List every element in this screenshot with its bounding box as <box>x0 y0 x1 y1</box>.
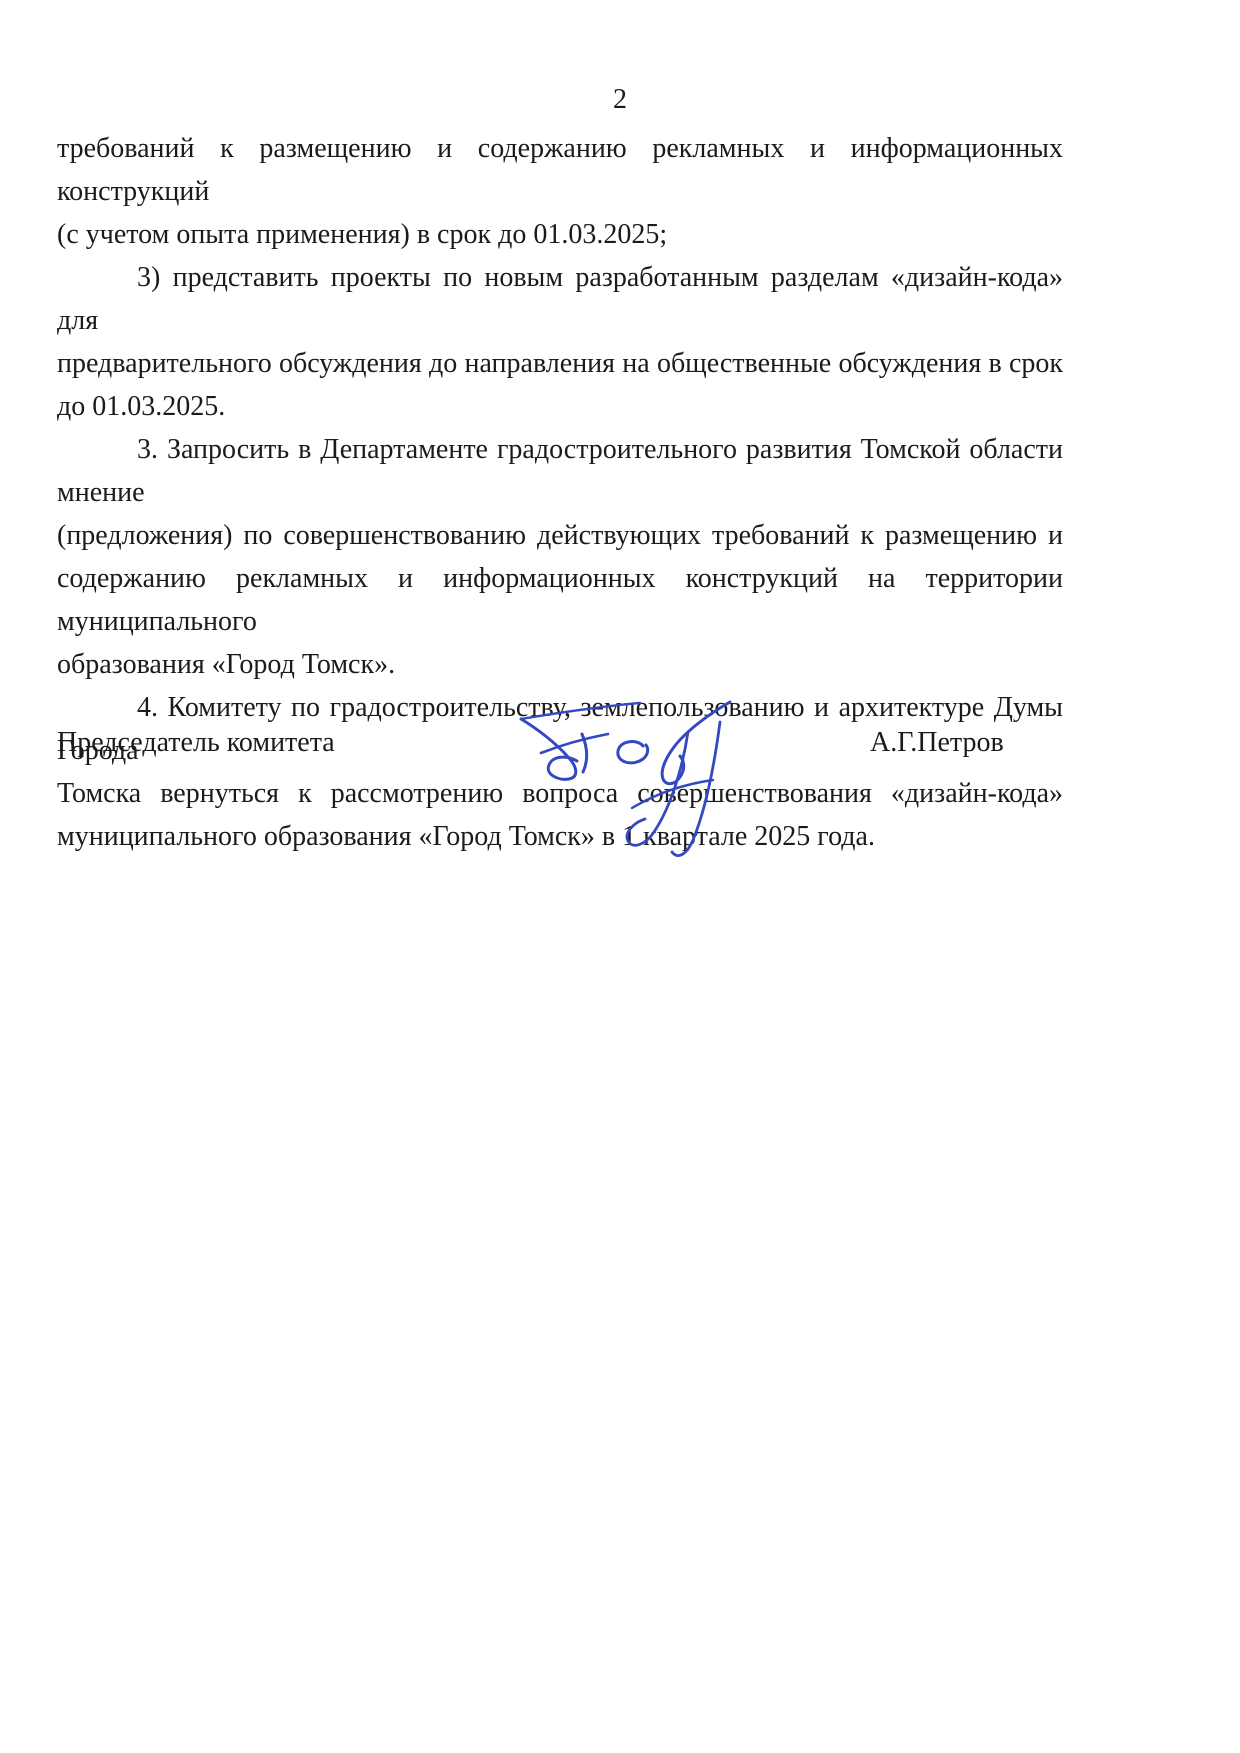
text-line: до 01.03.2025. <box>57 385 1063 428</box>
text-line: (с учетом опыта применения) в срок до 01… <box>57 213 1063 256</box>
text-line: предварительного обсуждения до направлен… <box>57 342 1063 385</box>
text-line: 3) представить проекты по новым разработ… <box>57 256 1063 342</box>
text-line: требований к размещению и содержанию рек… <box>57 127 1063 213</box>
page-number: 2 <box>0 84 1240 116</box>
text-line: содержанию рекламных и информационных ко… <box>57 557 1063 643</box>
document-page: 2 требований к размещению и содержанию р… <box>0 0 1240 1753</box>
text-line: 3. Запросить в Департаменте градостроите… <box>57 428 1063 514</box>
signer-name: А.Г.Петров <box>870 726 1004 760</box>
handwritten-signature-icon <box>482 688 744 870</box>
text-line: (предложения) по совершенствованию дейст… <box>57 514 1063 557</box>
signer-position-label: Председатель комитета <box>57 726 335 760</box>
text-line: образования «Город Томск». <box>57 643 1063 686</box>
